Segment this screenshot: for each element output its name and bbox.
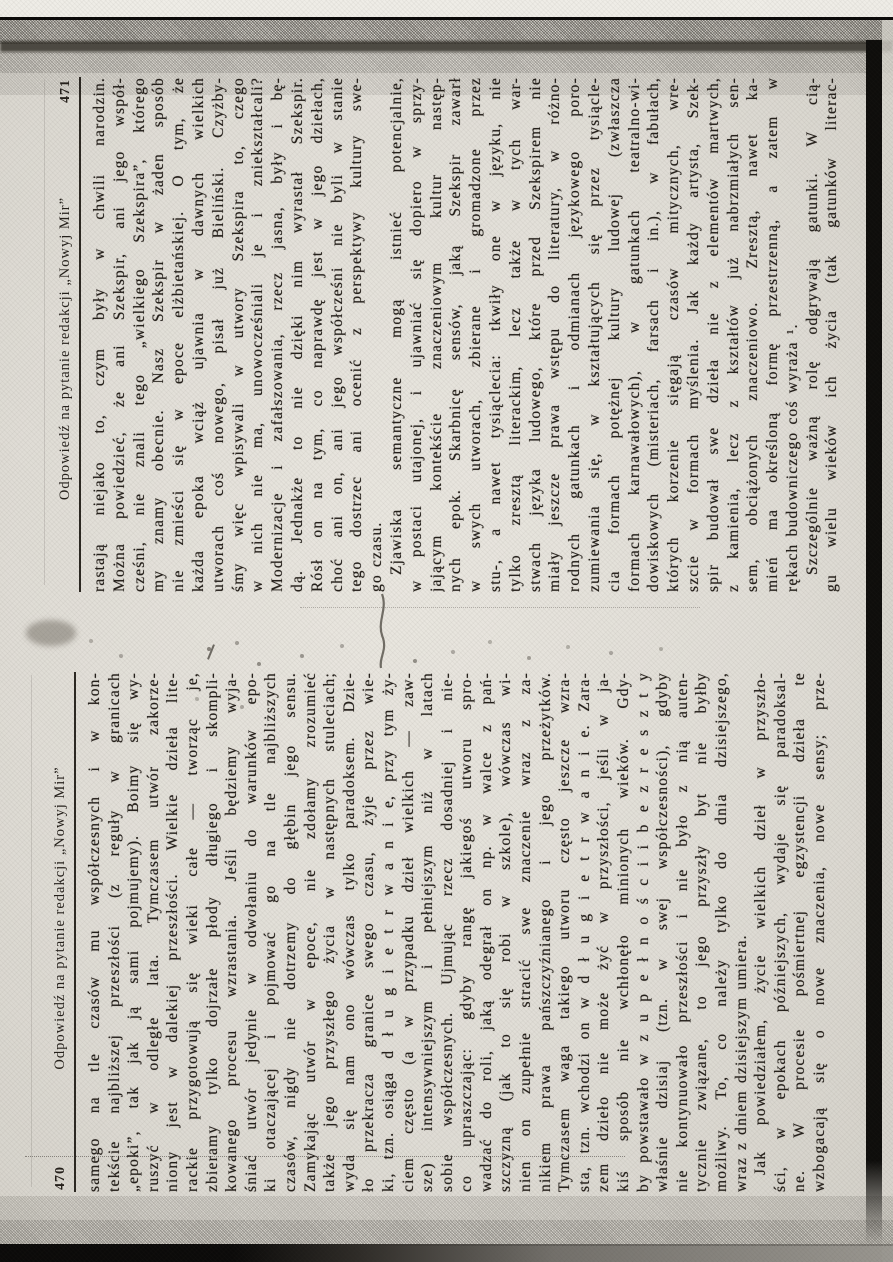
text-line: formach karnawałowych), w gatunkach teat… [625,77,645,592]
text-line: możliwy. To, co należy tylko do dnia dzi… [712,672,732,1192]
scan-bottom-halftone-band [0,1220,893,1246]
text-line: czasów, nigdy nie dotrzemy do głębin jeg… [281,672,301,1192]
text-line: Rósł on na tym, co naprawdę jest w jego … [308,77,328,592]
text-line: co upraszczając: gdyby rangę jakiegoś ut… [457,672,477,1192]
text-line: szcie w formach myślenia. Jak każdy arty… [684,77,704,592]
text-line: sem, obciążonych znaczeniowo. Zresztą, n… [743,77,763,592]
scan-top-edge-line [0,17,893,20]
text-line: niony jest w dalekiej przeszłości. Wielk… [163,672,183,1192]
running-title: Odpowiedź na pytanie redakcji „Nowyj Mir… [50,672,71,1164]
text-line: utworach coś nowego, pisał już Bieliński… [209,77,229,592]
stray-mark [207,644,215,660]
page-number: 471 [55,77,76,105]
crease-squiggle-mark [372,592,392,672]
page-header-471: Odpowiedź na pytanie redakcji „Nowyj Mir… [55,77,81,592]
text-line: szczyzną (jak to się robi w szkole), wów… [496,672,516,1192]
text-line: dą. Jednakże to nie dzięki nim wyrastał … [288,77,308,592]
text-line: Tymczasem waga takiego utworu często jes… [555,672,575,1192]
page-471-rotated-block: Odpowiedź na pytanie redakcji „Nowyj Mir… [55,77,845,592]
scan-top-halftone-band [0,20,893,44]
page-number: 470 [50,1164,71,1192]
text-line: w swych utworach, zbierane i gromadzone … [466,77,486,592]
text-line: Jak powiedziałem, życie wielkich dzieł w… [751,672,771,1192]
text-line: zumiewania się, w kształtujących się prz… [585,77,605,592]
page-header-470: 470 Odpowiedź na pytanie redakcji „Nowyj… [50,672,76,1192]
text-line: Zjawiska semantyczne mogą istnieć potenc… [387,77,407,592]
text-line: samego na tle czasów mu współczesnych i … [85,672,105,1192]
text-line: zem dzieło nie może żyć w przyszłości, j… [594,672,614,1192]
text-line: ki, tzn. osiąga d ł u g i e t r w a n i … [379,672,399,1192]
text-line: wraz z dniem dzisiejszym umiera. [732,672,752,1192]
running-title: Odpowiedź na pytanie redakcji „Nowyj Mir… [55,105,76,592]
text-line: właśnie dzisiaj (tzn. w swej współczesno… [653,672,673,1192]
text-line: sze) intensywniejszym i pełniejszym niż … [418,672,438,1192]
text-line: stu-, a nawet tysiąclecia: tkwiły one w … [486,77,506,592]
page-470: 470 Odpowiedź na pytanie redakcji „Nowyj… [50,672,830,1192]
text-line: w postaci utajonej, i ujawniać się dopie… [407,77,427,592]
text-line: gu wielu wieków ich życia (tak gatunków … [822,77,842,592]
text-line: rodnych gatunkach i odmianach językowego… [565,77,585,592]
text-line: mień ma określoną formę przestrzenną, a … [763,77,783,592]
text-line: nych epok. Skarbnicę sensów, jaką Szeksp… [446,77,466,592]
text-line: każda epoka wciąż ujawnia w dawnych wiel… [189,77,209,592]
text-line: my znamy obecnie. Nasz Szekspir w żaden … [149,77,169,592]
text-line: w nich nie ma, unowocześniali je i zniek… [248,77,268,592]
ink-specks [0,0,2,2]
text-line: miały jeszcze prawa wstępu do literatury… [545,77,565,592]
text-line: rackie przygotowują się wieki całe — two… [183,672,203,1192]
text-line: kiś sposób nie wchłonęło minionych wiekó… [614,672,634,1192]
text-line: go czasu. [367,77,387,592]
text-line: ruszyć w odległe lata. Tymczasem utwór z… [144,672,164,1192]
text-line: Szczególnie ważną rolę odgrywają gatunki… [803,77,823,592]
text-line: choć ani on, ani jego współcześni nie by… [328,77,348,592]
text-line: tylko zresztą literackim, lecz także w t… [506,77,526,592]
text-line: Modernizacje i zafałszowania, rzecz jasn… [268,77,288,592]
scan-bottom-halftone-fade [0,1196,893,1220]
text-line: rastają niejako to, czym były w chwili n… [90,77,110,592]
text-line: ne. W procesie pośmiertnej egzystencji d… [790,672,810,1192]
text-line: „epoki”, tak jak ją sami pojmujemy). Boi… [124,672,144,1192]
text-line: sta, tzn. wchodzi on w d ł u g i e t r w… [575,672,595,1192]
page-edge-shadow [44,80,45,585]
text-line: zbieramy tylko dojrzałe płody długiego i… [203,672,223,1192]
text-line: ciem często (a w przypadku dzieł wielkic… [399,672,419,1192]
text-line: dowiskowych (misteriach, farsach i in.),… [644,77,664,592]
text-line: tycznie związane, to jego przyszły byt n… [692,672,712,1192]
scanned-book-spread: Odpowiedź na pytanie redakcji „Nowyj Mir… [0,0,893,1262]
scan-right-margin [882,20,893,1262]
scan-top-margin [0,0,893,17]
text-line: jającym kontekście znaczeniowym kultur n… [427,77,447,592]
text-line: śmy więc wpisywali w utwory Szekspira to… [229,77,249,592]
text-line: ki otaczającej i pojmować go na tle najb… [261,672,281,1192]
scan-bottom-edge-bar [0,1244,893,1262]
text-line: z kamienia, lecz z kształtów już nabrzmi… [724,77,744,592]
text-line: których korzenie sięgają czasów mityczny… [664,77,684,592]
text-line: nie kontynuowało przeszłości i nie było … [673,672,693,1192]
page-edge-shadow [31,675,32,1187]
text-line: wyda się nam ono wówczas tylko paradokse… [340,672,360,1192]
text-line: spir budował swe dzieła nie z elementów … [704,77,724,592]
text-line: cia formach potężnej kultury ludowej (zw… [605,77,625,592]
scan-right-edge-bar [866,40,882,1245]
text-line: śniać utwór jedynie w odwołaniu do warun… [242,672,262,1192]
text-line: by powstawało w z u p e ł n o ś c i i b … [634,672,654,1192]
text-line: Zamykając utwór w epoce, nie zdołamy zro… [301,672,321,1192]
page-470-rotated-block: 470 Odpowiedź na pytanie redakcji „Nowyj… [50,672,830,1192]
scan-top-halftone-fade [0,52,893,73]
page-body-470: samego na tle czasów mu współczesnych i … [85,672,830,1192]
crease-dotted-line [300,607,700,608]
text-line: stwach języka ludowego, które przed Szek… [526,77,546,592]
text-line: kowanego procesu wzrastania. Jeśli będzi… [222,672,242,1192]
text-line: ło przekracza granice swego czasu, żyje … [359,672,379,1192]
page-body-471: rastają niejako to, czym były w chwili n… [90,77,842,592]
text-line: nikiem prawa pańszczyźnianego i jego prz… [536,672,556,1192]
scan-top-dark-band [0,41,893,52]
text-line: tekście najbliższej przeszłości (z reguł… [105,672,125,1192]
text-line: Można powiedzieć, że ani Szekspir, ani j… [110,77,130,592]
text-line: ści, w epokach późniejszych, wydaje się … [771,672,791,1192]
text-line: nie zmieści się w epoce elżbietańskiej. … [169,77,189,592]
text-line: wadzać do roli, jaką odegrał on np. w wa… [477,672,497,1192]
text-line: tego dostrzec ani ocenić z perspektywy k… [347,77,367,592]
text-line: cześni, nie znali tego „wielkiego Szeksp… [130,77,150,592]
text-line: wzbogacają się o nowe znaczenia, nowe se… [810,672,830,1192]
text-line: sobie współczesnych. Ujmując rzecz dosad… [438,672,458,1192]
text-line: rękach budowniczego coś wyraża ¹. [783,77,803,592]
text-line: nien on zupełnie stracić swe znaczenie w… [516,672,536,1192]
text-line: także jego przyszłego życia w następnych… [320,672,340,1192]
smudge-mark [26,620,76,646]
page-471: Odpowiedź na pytanie redakcji „Nowyj Mir… [55,77,845,592]
